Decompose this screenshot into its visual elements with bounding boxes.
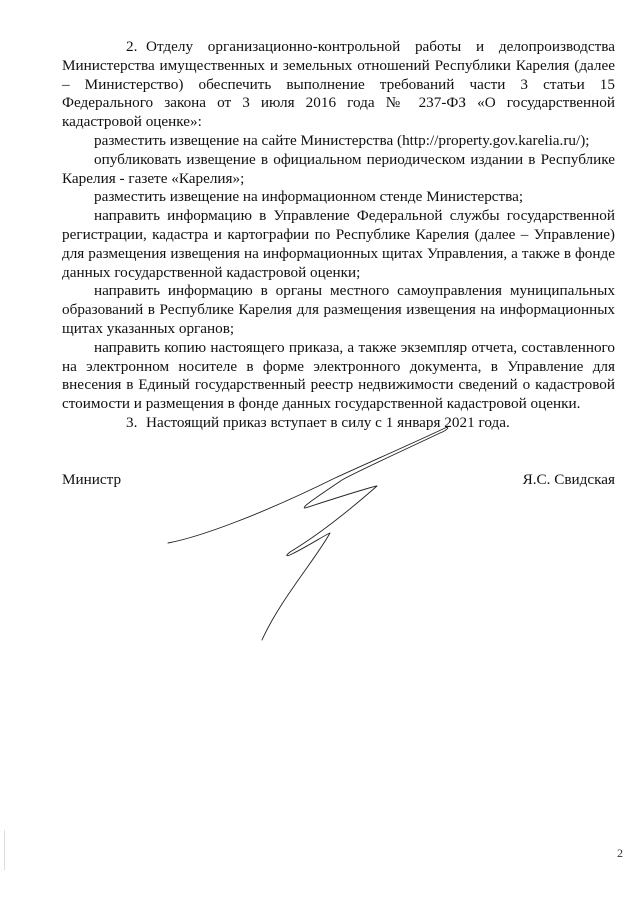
page-number: 2 [617, 846, 623, 861]
handwritten-signature [0, 0, 640, 905]
document-page: 2.Отделу организационно-контрольной рабо… [0, 0, 640, 905]
